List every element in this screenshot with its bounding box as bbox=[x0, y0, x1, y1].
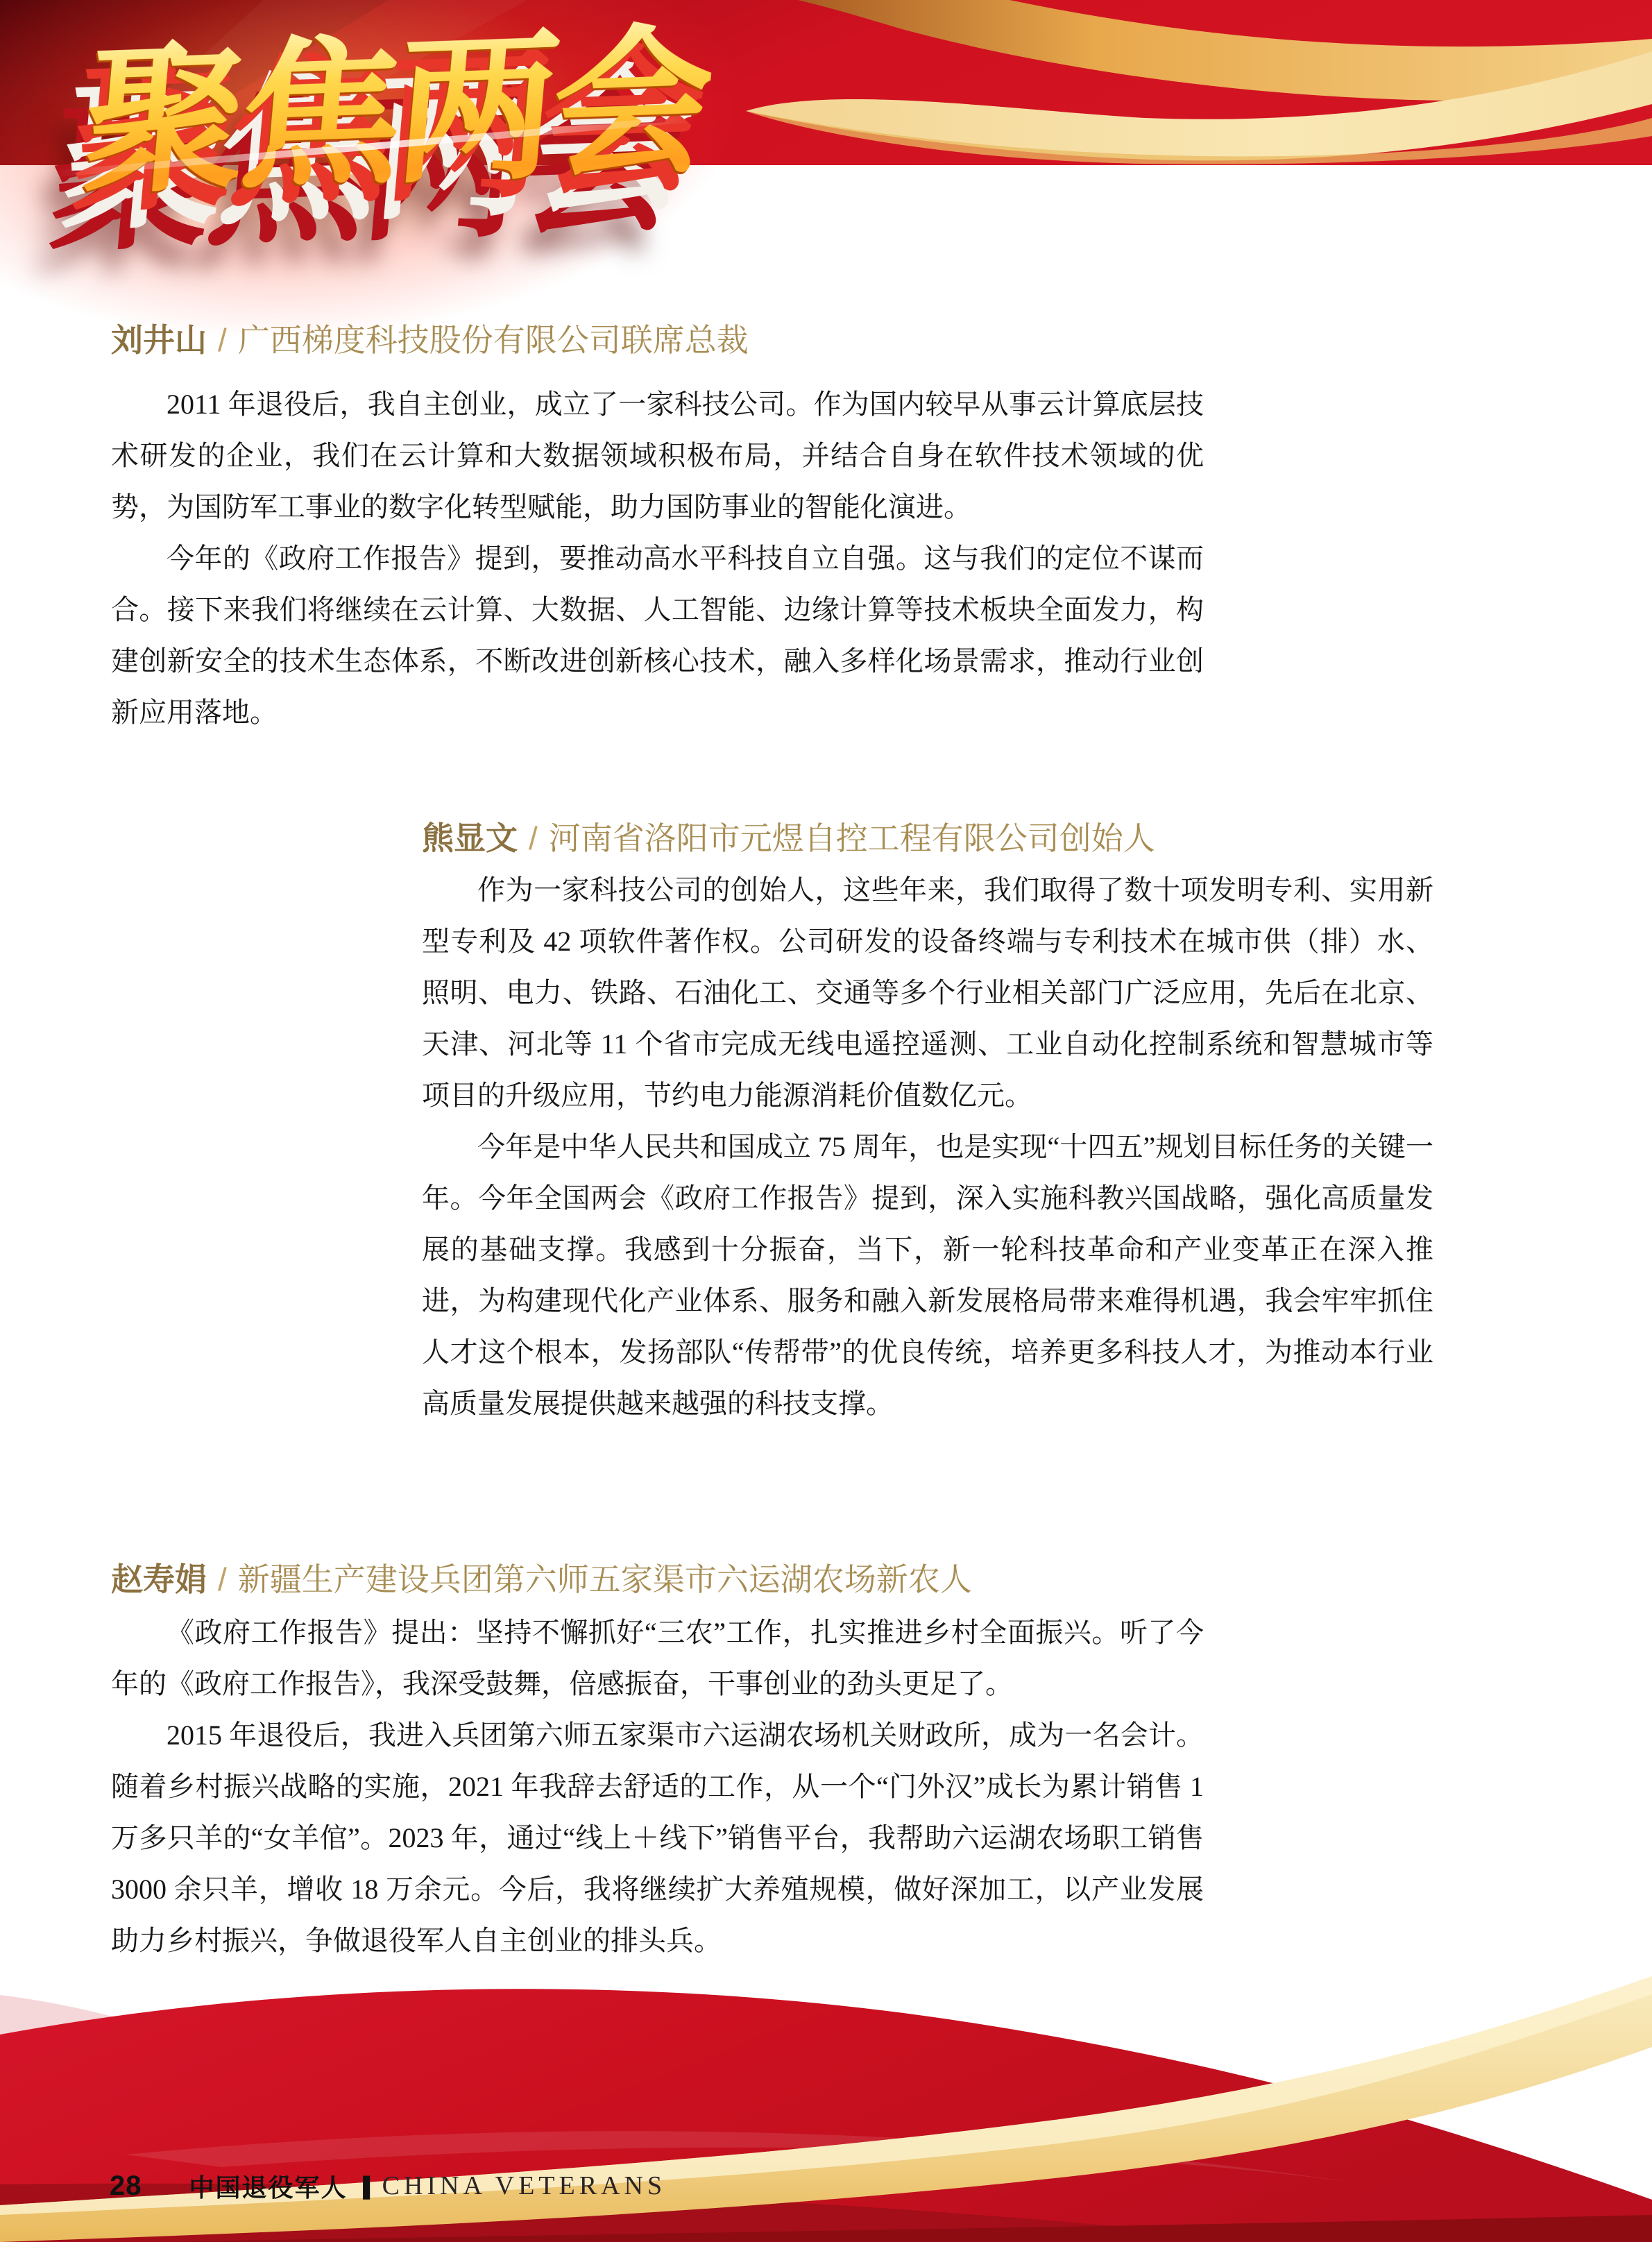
paragraph: 作为一家科技公司的创始人，这些年来，我们取得了数十项发明专利、实用新型专利及 4… bbox=[422, 865, 1433, 1121]
magazine-name-en: CHINA VETERANS bbox=[382, 2171, 667, 2201]
speaker-title: 广西梯度科技股份有限公司联席总裁 bbox=[238, 322, 749, 358]
paragraph: 今年的《政府工作报告》提到，要推动高水平科技自立自强。这与我们的定位不谋而合。接… bbox=[111, 533, 1204, 738]
paragraph: 2011 年退役后，我自主创业，成立了一家科技公司。作为国内较早从事云计算底层技… bbox=[111, 379, 1204, 533]
paragraph: 《政府工作报告》提出：坚持不懈抓好“三农”工作，扎实推进乡村全面振兴。听了今年的… bbox=[111, 1607, 1204, 1710]
speaker-title: 新疆生产建设兵团第六师五家渠市六运湖农场新农人 bbox=[238, 1561, 972, 1597]
paragraph: 2015 年退役后，我进入兵团第六师五家渠市六运湖农场机关财政所，成为一名会计。… bbox=[111, 1710, 1204, 1967]
heading-slash: / bbox=[207, 322, 238, 358]
speaker-name: 赵寿娟 bbox=[111, 1561, 207, 1597]
heading-slash: / bbox=[207, 1561, 238, 1597]
page-number: 28 bbox=[110, 2171, 142, 2202]
section-heading-liujingshan: 刘井山/广西梯度科技股份有限公司联席总裁 bbox=[111, 319, 749, 361]
paragraph: 今年是中华人民共和国成立 75 周年，也是实现“十四五”规划目标任务的关键一年。… bbox=[422, 1121, 1433, 1429]
magazine-page: 聚焦两会 聚焦两会 聚焦两会 聚焦两会 刘井山/广西梯度科技股份有限公司联席总裁… bbox=[0, 0, 1652, 2242]
section-heading-xiongxianwen: 熊显文/河南省洛阳市元煜自控工程有限公司创始人 bbox=[422, 817, 1155, 859]
heading-slash: / bbox=[518, 820, 549, 856]
logo-gold-face: 聚焦两会 bbox=[77, 12, 717, 213]
footer-bar: 28 中国退役军人 | CHINA VETERANS bbox=[110, 2169, 666, 2202]
section-body-zhaoshoujuan: 《政府工作报告》提出：坚持不懈抓好“三农”工作，扎实推进乡村全面振兴。听了今年的… bbox=[111, 1607, 1204, 1967]
speaker-name: 刘井山 bbox=[111, 322, 207, 358]
speaker-name: 熊显文 bbox=[422, 820, 518, 856]
speaker-title: 河南省洛阳市元煜自控工程有限公司创始人 bbox=[549, 820, 1155, 856]
section-body-xiongxianwen: 作为一家科技公司的创始人，这些年来，我们取得了数十项发明专利、实用新型专利及 4… bbox=[422, 865, 1433, 1429]
magazine-name-cn: 中国退役军人 bbox=[189, 2168, 348, 2204]
section-heading-zhaoshoujuan: 赵寿娟/新疆生产建设兵团第六师五家渠市六运湖农场新农人 bbox=[111, 1559, 972, 1600]
section-body-liujingshan: 2011 年退役后，我自主创业，成立了一家科技公司。作为国内较早从事云计算底层技… bbox=[111, 379, 1204, 738]
focus-two-sessions-logo: 聚焦两会 聚焦两会 聚焦两会 聚焦两会 bbox=[70, 24, 663, 293]
footer-separator: | bbox=[358, 2171, 373, 2200]
